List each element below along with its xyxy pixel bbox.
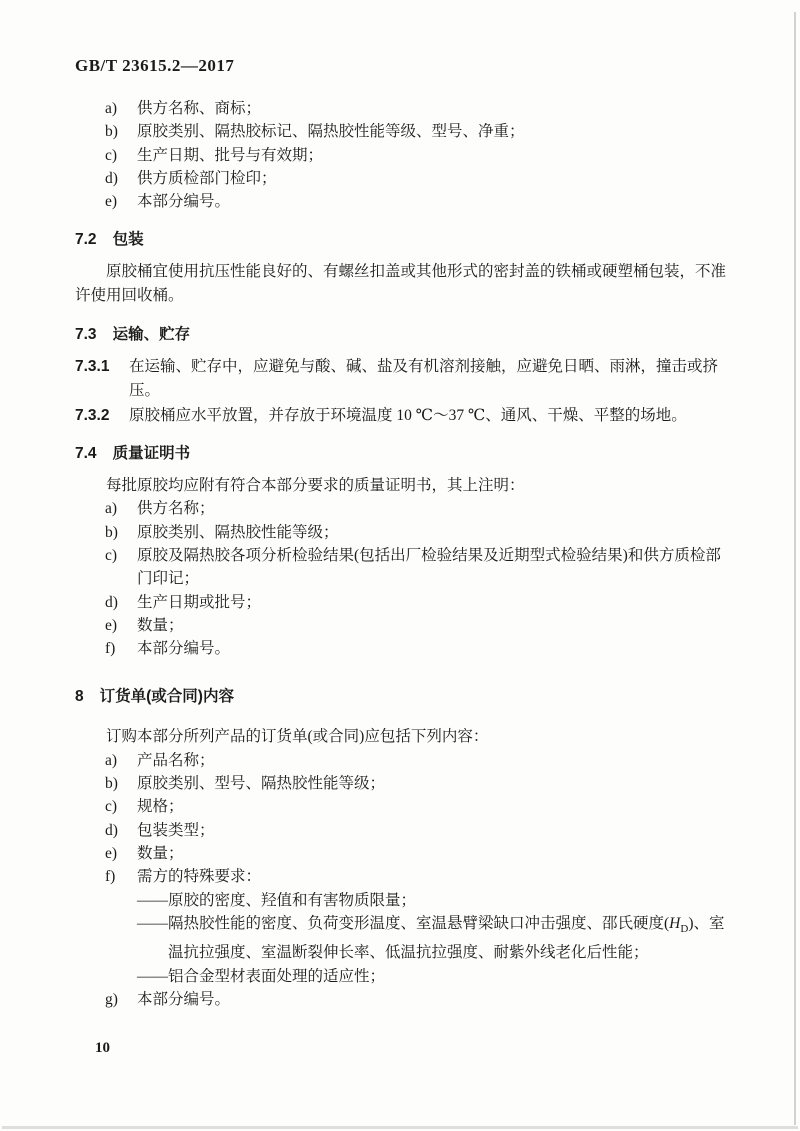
list-item: d) 供方质检部门检印； <box>75 167 730 190</box>
dash-subitem: ——原胶的密度、羟值和有害物质限量； <box>137 889 730 912</box>
list-item-label: b) <box>105 120 137 143</box>
list-item-label: a) <box>105 97 137 120</box>
list-item-label: d) <box>105 591 137 614</box>
list-item-text: 需方的特殊要求： <box>137 865 730 888</box>
order-intro-paragraph: 订购本部分所列产品的订货单(或合同)应包括下列内容： <box>75 725 730 748</box>
section-title: 包装 <box>113 231 144 248</box>
list-item-text: 产品名称； <box>137 749 730 772</box>
list-item-label: c) <box>105 144 137 167</box>
list-item: a) 供方名称； <box>75 497 730 520</box>
page-content: GB/T 23615.2—2017 a) 供方名称、商标； b) 原胶类别、隔热… <box>0 0 800 1011</box>
list-item: a) 供方名称、商标； <box>75 97 730 120</box>
clause-number: 7.3.2 <box>75 404 129 428</box>
list-item-label: e) <box>105 842 137 865</box>
list-item-text: 本部分编号。 <box>137 637 730 660</box>
scan-edge-bottom <box>2 1126 798 1129</box>
list-item-text: 供方名称； <box>137 497 730 520</box>
list-item-label: d) <box>105 819 137 842</box>
order-content-list: a) 产品名称； b) 原胶类别、型号、隔热胶性能等级； c) 规格； d) 包… <box>75 749 730 1011</box>
list-item: d) 生产日期或批号； <box>75 591 730 614</box>
list-item-label: b) <box>105 772 137 795</box>
list-item-text: 规格； <box>137 795 730 818</box>
marking-list: a) 供方名称、商标； b) 原胶类别、隔热胶标记、隔热胶性能等级、型号、净重；… <box>75 97 730 213</box>
list-item: a) 产品名称； <box>75 749 730 772</box>
list-item-text: 供方质检部门检印； <box>137 167 730 190</box>
list-item: e) 数量； <box>75 842 730 865</box>
list-item-label: a) <box>105 497 137 520</box>
section-number: 7.4 <box>75 445 97 462</box>
clause-number: 7.3.1 <box>75 355 129 403</box>
section-heading-8: 8订货单(或合同)内容 <box>75 684 730 706</box>
list-item: f) 本部分编号。 <box>75 637 730 660</box>
list-item-text: 数量； <box>137 842 730 865</box>
list-item: b) 原胶类别、隔热胶性能等级； <box>75 521 730 544</box>
list-item-text: 原胶类别、型号、隔热胶性能等级； <box>137 772 730 795</box>
list-item-label: c) <box>105 795 137 818</box>
list-item: d) 包装类型； <box>75 819 730 842</box>
list-item: e) 数量； <box>75 614 730 637</box>
section-heading-7-4: 7.4质量证明书 <box>75 441 730 463</box>
variable-symbol: H <box>669 915 680 932</box>
list-item-text: 原胶及隔热胶各项分析检验结果(包括出厂检验结果及近期型式检验结果)和供方质检部门… <box>137 544 730 591</box>
list-item: c) 生产日期、批号与有效期； <box>75 144 730 167</box>
document-page: GB/T 23615.2—2017 a) 供方名称、商标； b) 原胶类别、隔热… <box>0 0 800 1131</box>
section-heading-7-2: 7.2包装 <box>75 227 730 249</box>
list-item-label: f) <box>105 637 137 660</box>
list-item-text: 生产日期或批号； <box>137 591 730 614</box>
dash-subitem-text: ——隔热胶性能的密度、负荷变形温度、室温悬臂梁缺口冲击强度、邵氏硬度( <box>137 915 669 932</box>
section-heading-7-3: 7.3运输、贮存 <box>75 322 730 344</box>
section-title: 订货单(或合同)内容 <box>100 688 234 705</box>
scan-edge-right <box>794 12 796 1125</box>
list-item: c) 规格； <box>75 795 730 818</box>
list-item-text: 原胶类别、隔热胶性能等级； <box>137 521 730 544</box>
list-item-text: 数量； <box>137 614 730 637</box>
clause-7-3-1: 7.3.1 在运输、贮存中，应避免与酸、碱、盐及有机溶剂接触，应避免日晒、雨淋，… <box>75 355 730 403</box>
list-item-text: 本部分编号。 <box>137 988 730 1011</box>
page-number: 10 <box>95 1040 110 1057</box>
section-title: 运输、贮存 <box>113 326 191 343</box>
standard-number-header: GB/T 23615.2—2017 <box>75 56 730 76</box>
list-item-text: 原胶类别、隔热胶标记、隔热胶性能等级、型号、净重； <box>137 120 730 143</box>
list-item-label: e) <box>105 190 137 213</box>
list-item-label: a) <box>105 749 137 772</box>
section-title: 质量证明书 <box>113 445 191 462</box>
clause-text: 在运输、贮存中，应避免与酸、碱、盐及有机溶剂接触，应避免日晒、雨淋，撞击或挤压。 <box>129 355 730 403</box>
clause-7-3-2: 7.3.2 原胶桶应水平放置，并存放于环境温度 10 ℃～37 ℃、通风、干燥、… <box>75 404 730 428</box>
clause-text: 原胶桶应水平放置，并存放于环境温度 10 ℃～37 ℃、通风、干燥、平整的场地。 <box>129 404 730 428</box>
list-item: b) 原胶类别、型号、隔热胶性能等级； <box>75 772 730 795</box>
list-item-text: 包装类型； <box>137 819 730 842</box>
list-item: c) 原胶及隔热胶各项分析检验结果(包括出厂检验结果及近期型式检验结果)和供方质… <box>75 544 730 591</box>
list-item: b) 原胶类别、隔热胶标记、隔热胶性能等级、型号、净重； <box>75 120 730 143</box>
list-item: g) 本部分编号。 <box>75 988 730 1011</box>
section-number: 7.2 <box>75 231 97 248</box>
list-item-label: g) <box>105 988 137 1011</box>
section-number: 7.3 <box>75 326 97 343</box>
list-item-label: b) <box>105 521 137 544</box>
list-item-label: f) <box>105 865 137 888</box>
list-item-text: 生产日期、批号与有效期； <box>137 144 730 167</box>
dash-subitem: ——铝合金型材表面处理的适应性； <box>137 965 730 988</box>
list-item-label: d) <box>105 167 137 190</box>
section-number: 8 <box>75 688 84 705</box>
list-item-text: 供方名称、商标； <box>137 97 730 120</box>
list-item-label: e) <box>105 614 137 637</box>
list-item-label: c) <box>105 544 137 591</box>
certificate-intro-paragraph: 每批原胶均应附有符合本部分要求的质量证明书，其上注明： <box>75 474 730 497</box>
certificate-list: a) 供方名称； b) 原胶类别、隔热胶性能等级； c) 原胶及隔热胶各项分析检… <box>75 497 730 660</box>
list-item: e) 本部分编号。 <box>75 190 730 213</box>
dash-subitem: ——隔热胶性能的密度、负荷变形温度、室温悬臂梁缺口冲击强度、邵氏硬度(HD)、室… <box>137 912 730 965</box>
list-item: f) 需方的特殊要求： <box>75 865 730 888</box>
list-item-text: 本部分编号。 <box>137 190 730 213</box>
packaging-paragraph: 原胶桶宜使用抗压性能良好的、有螺丝扣盖或其他形式的密封盖的铁桶或硬塑桶包装，不准… <box>75 260 730 307</box>
